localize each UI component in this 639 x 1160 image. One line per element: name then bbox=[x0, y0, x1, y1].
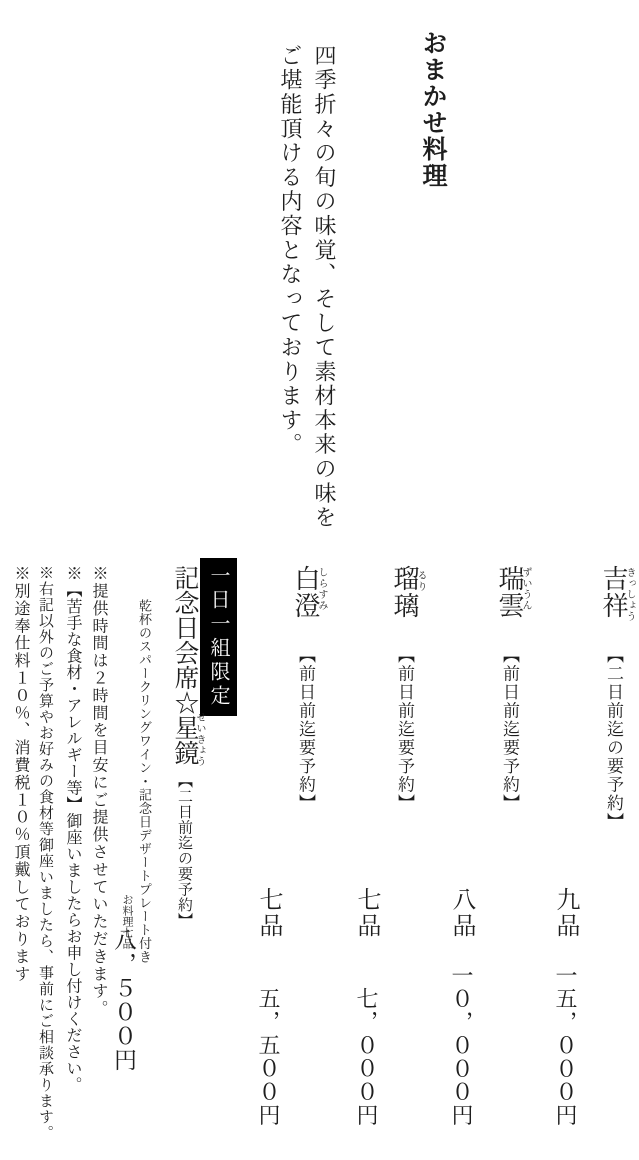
course-count: 七品 bbox=[353, 887, 379, 939]
course-shirasumi-pricing: 七品五，五００円 bbox=[251, 887, 286, 1127]
note-serving-time: ※提供時間は２時間を目安にご提供させていただきます。 bbox=[87, 565, 110, 1017]
course-zuiun-pricing: 八品一０，０００円 bbox=[444, 887, 479, 1127]
page-title: おまかせ料理 bbox=[414, 30, 450, 189]
one-group-per-day-badge: 一日一組限定 bbox=[200, 558, 237, 716]
reservation-note: 【二日前迄の要予約】 bbox=[176, 773, 192, 928]
reservation-note: 【前日前迄要予約】 bbox=[296, 646, 315, 813]
course-price: 五，五００円 bbox=[256, 987, 281, 1127]
reservation-note: 【前日前迄要予約】 bbox=[395, 646, 414, 813]
course-kissho-pricing: 九品一五，０００円 bbox=[548, 887, 583, 1127]
course-furigana: ずいうん bbox=[518, 567, 533, 611]
note-allergy: ※【苦手な食材・アレルギー等】御座いましたらお申し付けください。 bbox=[61, 565, 84, 1093]
course-count: 九品 bbox=[552, 887, 578, 939]
badge-label: 一日一組限定 bbox=[204, 565, 233, 709]
intro-text-line-1: 四季折々の旬の味覚、そして素材本来の味を bbox=[309, 44, 340, 530]
omakase-menu-page: おまかせ料理 四季折々の旬の味覚、そして素材本来の味を ご堪能頂ける内容となって… bbox=[0, 0, 639, 1160]
course-count: 七品 bbox=[255, 887, 281, 939]
note-service-charge: ※別途奉仕料１０％、消費税１０％頂戴しております bbox=[9, 565, 32, 983]
course-count: 八品 bbox=[448, 887, 474, 939]
course-price: 一五，０００円 bbox=[553, 964, 578, 1127]
course-furigana: せいきょう bbox=[192, 712, 207, 767]
course-price: 七，０００円 bbox=[354, 987, 379, 1127]
reservation-note: 【前日前迄要予約】 bbox=[500, 646, 519, 813]
course-subtitle: 乾杯のスパークリングワイン・記念日デザートプレート付き bbox=[135, 599, 154, 964]
reservation-note: 【二日前迄の要予約】 bbox=[604, 646, 623, 831]
course-price: 八，５００円 bbox=[107, 928, 140, 1072]
note-custom-request: ※右記以外のご予算やお好みの食材等御座いましたら、事前にご相談承ります。 bbox=[35, 565, 56, 1141]
intro-text-line-2: ご堪能頂ける内容となっております。 bbox=[275, 44, 306, 457]
course-price: 一０，０００円 bbox=[449, 964, 474, 1127]
course-furigana: きっしょう bbox=[622, 567, 637, 622]
course-ruri-name-column: 瑠璃【前日前迄要予約】 bbox=[386, 565, 423, 813]
course-furigana: るり bbox=[413, 570, 428, 592]
course-furigana: しらすみ bbox=[314, 567, 329, 611]
course-ruri-pricing: 七品七，０００円 bbox=[349, 887, 384, 1127]
